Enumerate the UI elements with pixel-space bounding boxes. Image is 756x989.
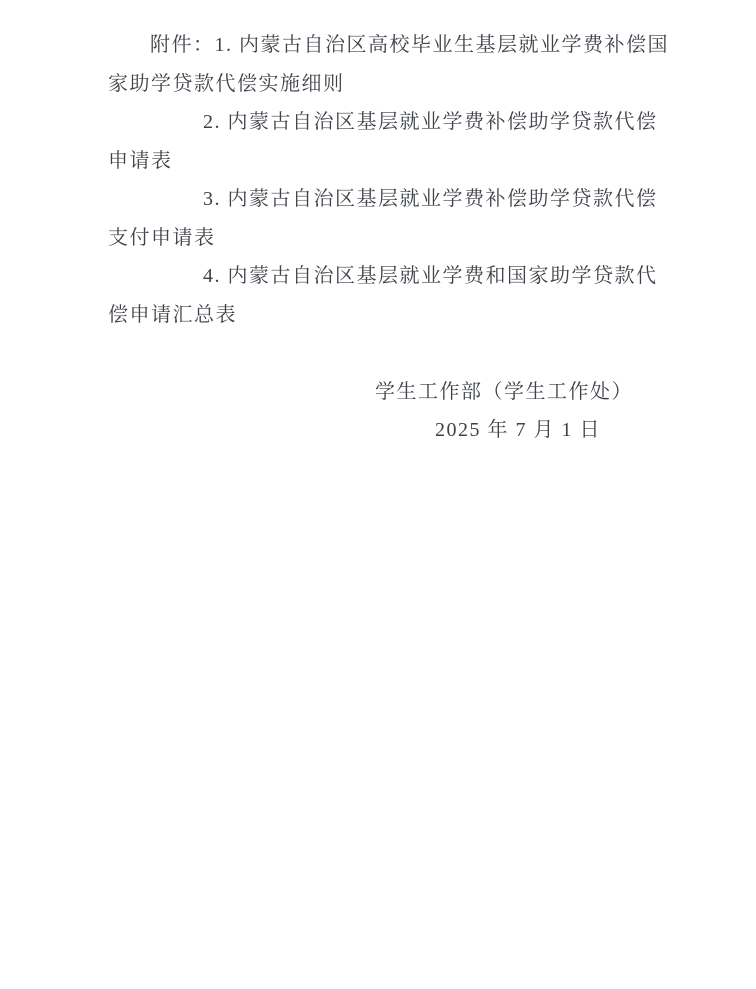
attachment-4-wrap-line: 偿申请汇总表	[108, 296, 696, 335]
issue-date-line: 2025 年 7 月 1 日	[108, 411, 696, 450]
attachment-intro-line: 附件：1. 内蒙古自治区高校毕业生基层就业学费补偿国	[108, 26, 696, 65]
attachment-1-wrap-line: 家助学贷款代偿实施细则	[108, 65, 696, 104]
document-page: 附件：1. 内蒙古自治区高校毕业生基层就业学费补偿国 家助学贷款代偿实施细则 2…	[0, 0, 756, 989]
issuer-signature-line: 学生工作部（学生工作处）	[108, 373, 696, 412]
attachment-2-wrap-line: 申请表	[108, 142, 696, 181]
attachment-3-line: 3. 内蒙古自治区基层就业学费补偿助学贷款代偿	[108, 180, 696, 219]
attachment-2-line: 2. 内蒙古自治区基层就业学费补偿助学贷款代偿	[108, 103, 696, 142]
blank-line	[108, 334, 696, 373]
attachment-4-line: 4. 内蒙古自治区基层就业学费和国家助学贷款代	[108, 257, 696, 296]
attachment-3-wrap-line: 支付申请表	[108, 219, 696, 258]
